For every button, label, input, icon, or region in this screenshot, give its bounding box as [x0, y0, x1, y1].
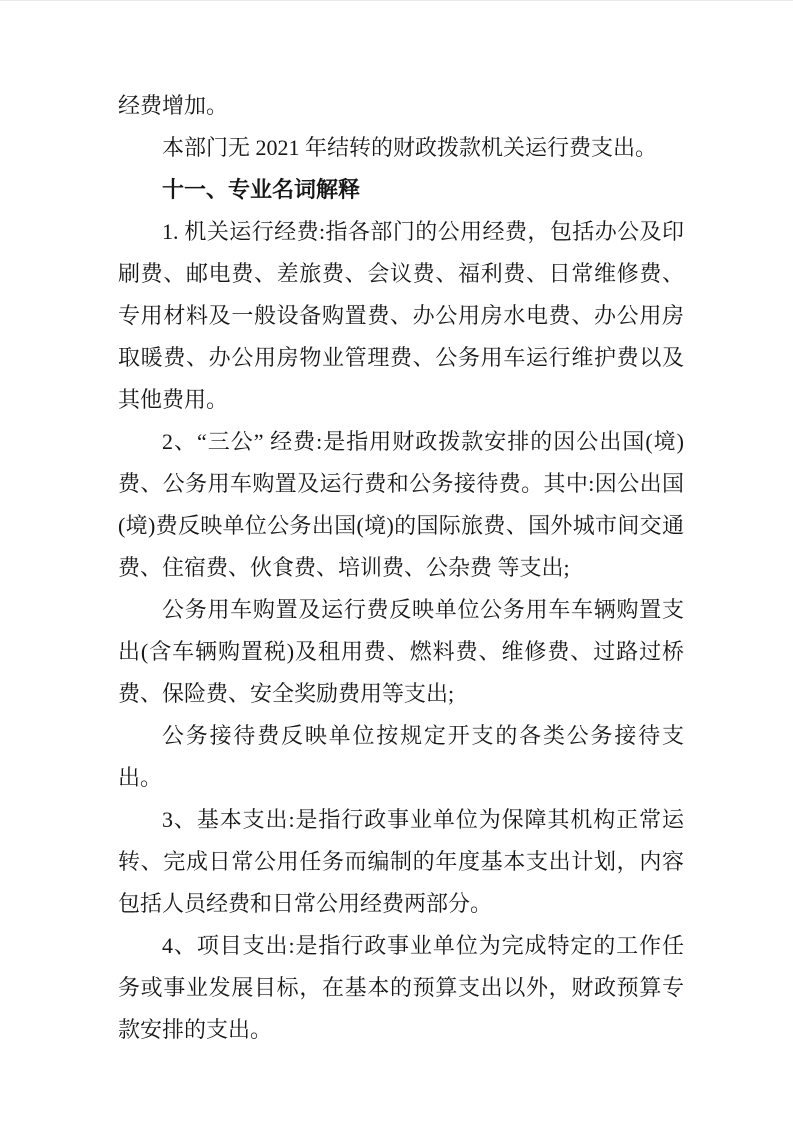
definition-official-reception-expenses: 公务接待费反映单位按规定开支的各类公务接待支出。 [118, 715, 684, 799]
section-heading: 十一、专业名词解释 [118, 169, 684, 211]
definition-three-public-expenses: 2、“三公” 经费:是指用财政拨款安排的因公出国(境)费、公务用车购置及运行费和… [118, 421, 684, 589]
paragraph-no-carryover-note: 本部门无 2021 年结转的财政拨款机关运行费支出。 [118, 127, 684, 169]
document-page: 经费增加。 本部门无 2021 年结转的财政拨款机关运行费支出。 十一、专业名词… [0, 0, 793, 1123]
document-text-block: 经费增加。 本部门无 2021 年结转的财政拨款机关运行费支出。 十一、专业名词… [118, 85, 684, 1051]
definition-project-expenditure: 4、项目支出:是指行政事业单位为完成特定的工作任务或事业发展目标，在基本的预算支… [118, 925, 684, 1051]
paragraph-carryover-sentence-end: 经费增加。 [118, 85, 684, 127]
definition-official-vehicle-expenses: 公务用车购置及运行费反映单位公务用车车辆购置支出(含车辆购置税)及租用费、燃料费… [118, 589, 684, 715]
definition-basic-expenditure: 3、基本支出:是指行政事业单位为保障其机构正常运转、完成日常公用任务而编制的年度… [118, 799, 684, 925]
definition-organ-operating-expenses: 1. 机关运行经费:指各部门的公用经费，包括办公及印刷费、邮电费、差旅费、会议费… [118, 211, 684, 421]
